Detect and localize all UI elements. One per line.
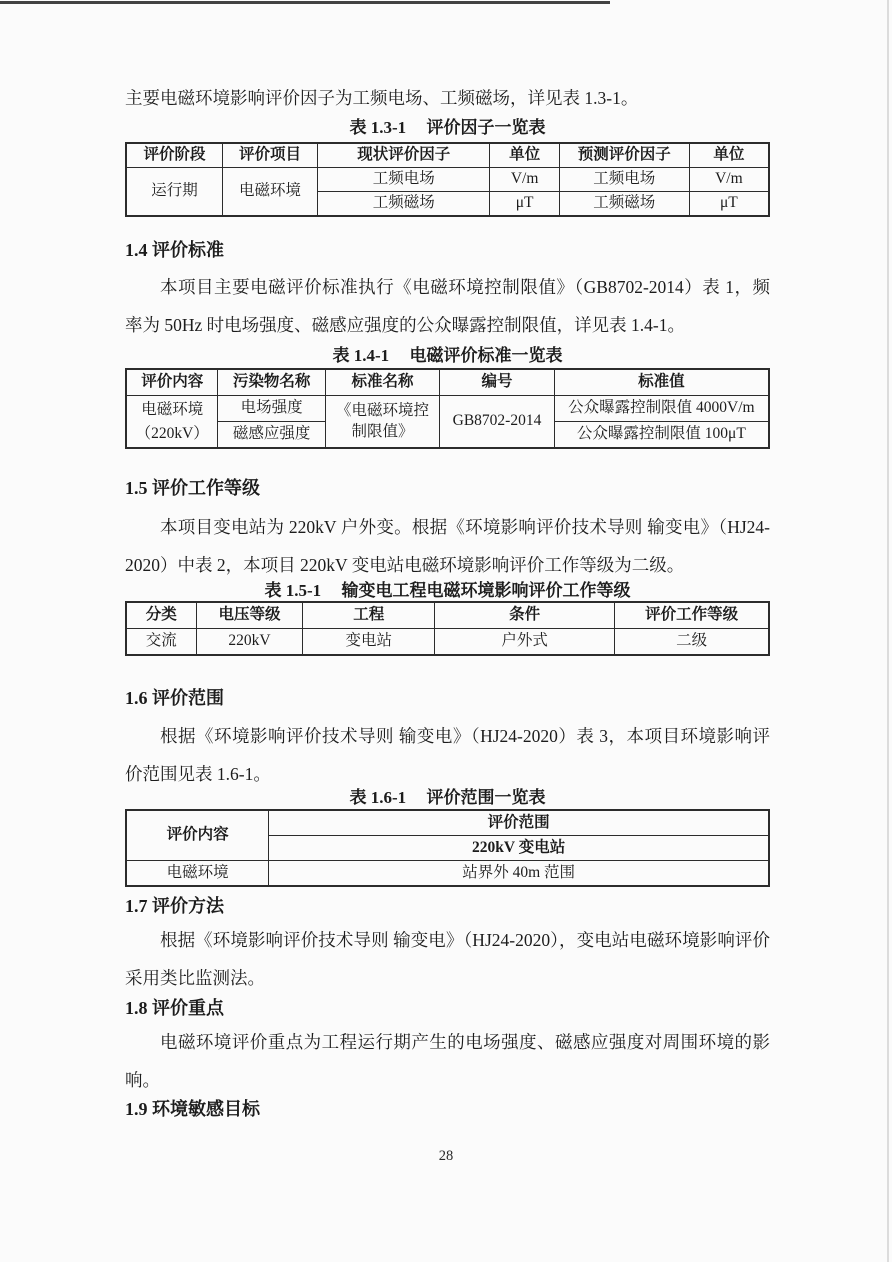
section-1-4-paragraph: 本项目主要电磁评价标准执行《电磁环境控制限值》（GB8702-2014）表 1，… xyxy=(125,268,770,344)
table-1-4-caption-title: 电磁评价标准一览表 xyxy=(410,345,563,367)
t14-cell-content-line2: （220kV） xyxy=(130,422,214,445)
table-1-5-caption-label: 表 1.5-1 xyxy=(264,580,321,602)
t14-cell-pollutant-1: 电场强度 xyxy=(218,396,325,422)
t13-header-stage: 评价阶段 xyxy=(126,143,222,168)
page-number: 28 xyxy=(0,1148,892,1165)
t16-header-scope: 评价范围 xyxy=(269,810,769,836)
table-1-4-caption-label: 表 1.4-1 xyxy=(332,345,389,367)
t14-header-standard-name: 标准名称 xyxy=(325,369,439,396)
t13-cell-predict-factor-2: 工频磁场 xyxy=(559,192,689,217)
t15-cell-project: 变电站 xyxy=(303,629,435,656)
t13-cell-current-factor-2: 工频磁场 xyxy=(318,192,490,217)
table-1-6-caption-label: 表 1.6-1 xyxy=(349,787,406,809)
section-heading-1-4: 1.4 评价标准 xyxy=(125,238,770,262)
t14-header-value: 标准值 xyxy=(554,369,769,396)
table-1-3-caption: 表 1.3-1 评价因子一览表 xyxy=(125,117,770,139)
table-1-3-caption-title: 评价因子一览表 xyxy=(427,117,546,139)
table-evaluation-scope: 评价内容 评价范围 220kV 变电站 电磁环境 站界外 40m 范围 xyxy=(125,809,770,887)
t13-header-unit-1: 单位 xyxy=(490,143,559,168)
t16-subheader-substation: 220kV 变电站 xyxy=(269,836,769,861)
t13-header-predict-factor: 预测评价因子 xyxy=(559,143,689,168)
t16-cell-scope-value: 站界外 40m 范围 xyxy=(269,861,769,887)
table-row: 分类 电压等级 工程 条件 评价工作等级 xyxy=(126,602,769,629)
section-heading-1-8: 1.8 评价重点 xyxy=(125,996,770,1020)
intro-paragraph: 主要电磁环境影响评价因子为工频电场、工频磁场，详见表 1.3-1。 xyxy=(125,84,770,112)
t14-cell-value-1: 公众曝露控制限值 4000V/m xyxy=(554,396,769,422)
t14-cell-content: 电磁环境 （220kV） xyxy=(126,396,218,449)
scan-artifact-right-line xyxy=(887,0,889,1262)
t15-header-voltage: 电压等级 xyxy=(196,602,303,629)
t15-cell-voltage: 220kV xyxy=(196,629,303,656)
table-1-3-caption-label: 表 1.3-1 xyxy=(349,117,406,139)
section-1-5-paragraph: 本项目变电站为 220kV 户外变。根据《环境影响评价技术导则 输变电》（HJ2… xyxy=(125,508,770,584)
section-heading-1-5: 1.5 评价工作等级 xyxy=(125,476,770,500)
table-1-5-caption: 表 1.5-1 输变电工程电磁环境影响评价工作等级 xyxy=(125,580,770,602)
t15-header-condition: 条件 xyxy=(435,602,615,629)
t15-header-project: 工程 xyxy=(303,602,435,629)
table-1-6-caption: 表 1.6-1 评价范围一览表 xyxy=(125,787,770,809)
t15-cell-category: 交流 xyxy=(126,629,196,656)
table-1-5-caption-title: 输变电工程电磁环境影响评价工作等级 xyxy=(342,580,631,602)
table-row: 交流 220kV 变电站 户外式 二级 xyxy=(126,629,769,656)
table-row: 评价阶段 评价项目 现状评价因子 单位 预测评价因子 单位 xyxy=(126,143,769,168)
section-1-8-paragraph: 电磁环境评价重点为工程运行期产生的电场强度、磁感应强度对周围环境的影响。 xyxy=(125,1023,770,1099)
t13-header-current-factor: 现状评价因子 xyxy=(318,143,490,168)
t14-cell-content-line1: 电磁环境 xyxy=(130,398,214,421)
section-1-6-paragraph: 根据《环境影响评价技术导则 输变电》（HJ24-2020）表 3，本项目环境影响… xyxy=(125,717,770,793)
t13-header-unit-2: 单位 xyxy=(689,143,769,168)
table-1-6-caption-title: 评价范围一览表 xyxy=(427,787,546,809)
document-page: 主要电磁环境影响评价因子为工频电场、工频磁场，详见表 1.3-1。 表 1.3-… xyxy=(0,0,892,1262)
table-evaluation-factors: 评价阶段 评价项目 现状评价因子 单位 预测评价因子 单位 运行期 电磁环境 工… xyxy=(125,142,770,217)
table-work-grade: 分类 电压等级 工程 条件 评价工作等级 交流 220kV 变电站 户外式 二级 xyxy=(125,601,770,656)
t15-cell-condition: 户外式 xyxy=(435,629,615,656)
t16-header-content: 评价内容 xyxy=(126,810,269,861)
t16-cell-em-env: 电磁环境 xyxy=(126,861,269,887)
t13-cell-unit-1a: V/m xyxy=(490,168,559,192)
section-heading-1-7: 1.7 评价方法 xyxy=(125,894,770,918)
t13-header-item: 评价项目 xyxy=(222,143,317,168)
table-1-4-caption: 表 1.4-1 电磁评价标准一览表 xyxy=(125,345,770,367)
t14-cell-pollutant-2: 磁感应强度 xyxy=(218,422,325,449)
t14-header-pollutant: 污染物名称 xyxy=(218,369,325,396)
t14-header-content: 评价内容 xyxy=(126,369,218,396)
t13-cell-stage: 运行期 xyxy=(126,168,222,217)
t13-cell-unit-2b: μT xyxy=(689,192,769,217)
t13-cell-current-factor-1: 工频电场 xyxy=(318,168,490,192)
table-row: 电磁环境 （220kV） 电场强度 《电磁环境控制限值》 GB8702-2014… xyxy=(126,396,769,422)
t14-cell-code: GB8702-2014 xyxy=(440,396,554,449)
section-heading-1-6: 1.6 评价范围 xyxy=(125,686,770,710)
t15-header-category: 分类 xyxy=(126,602,196,629)
section-1-7-paragraph: 根据《环境影响评价技术导则 输变电》（HJ24-2020），变电站电磁环境影响评… xyxy=(125,921,770,997)
t13-cell-predict-factor-1: 工频电场 xyxy=(559,168,689,192)
table-row: 运行期 电磁环境 工频电场 V/m 工频电场 V/m xyxy=(126,168,769,192)
table-row: 评价内容 评价范围 xyxy=(126,810,769,836)
t15-cell-grade: 二级 xyxy=(615,629,769,656)
t14-cell-value-2: 公众曝露控制限值 100μT xyxy=(554,422,769,449)
table-row: 电磁环境 站界外 40m 范围 xyxy=(126,861,769,887)
t14-header-code: 编号 xyxy=(440,369,554,396)
table-em-standards: 评价内容 污染物名称 标准名称 编号 标准值 电磁环境 （220kV） 电场强度… xyxy=(125,368,770,449)
t13-cell-unit-1b: V/m xyxy=(689,168,769,192)
t13-cell-item: 电磁环境 xyxy=(222,168,317,217)
section-heading-1-9: 1.9 环境敏感目标 xyxy=(125,1097,770,1121)
t13-cell-unit-2a: μT xyxy=(490,192,559,217)
t15-header-grade: 评价工作等级 xyxy=(615,602,769,629)
table-row: 评价内容 污染物名称 标准名称 编号 标准值 xyxy=(126,369,769,396)
scan-artifact-top-line xyxy=(0,1,610,4)
t14-cell-standard-name: 《电磁环境控制限值》 xyxy=(325,396,439,449)
